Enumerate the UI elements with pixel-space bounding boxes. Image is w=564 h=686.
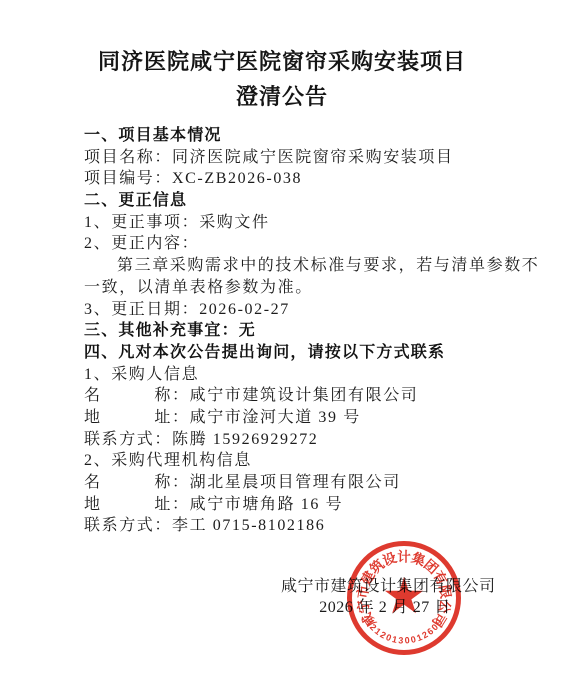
agency-contact-line: 联系方式：李工 0715-8102186 — [84, 515, 494, 537]
section-4-heading: 四、凡对本次公告提出询问，请按以下方式联系 — [84, 342, 494, 364]
document-title: 同济医院咸宁医院窗帘采购安装项目 澄清公告 — [0, 44, 564, 114]
document-body: 一、项目基本情况 项目名称：同济医院咸宁医院窗帘采购安装项目 项目编号：XC-Z… — [84, 125, 494, 537]
correction-content-label: 2、更正内容： — [84, 233, 494, 255]
signature-date: 2026 年 2 月 27 日 — [281, 597, 489, 618]
correction-content-line-1: 第三章采购需求中的技术标准与要求，若与清单参数不 — [84, 255, 494, 277]
signature-block: 咸宁市建筑设计集团有限公司 2026 年 2 月 27 日 — [281, 576, 489, 618]
correction-content-line-2: 一致，以清单表格参数为准。 — [84, 277, 494, 299]
agency-name-line: 名 称：湖北星晨项目管理有限公司 — [84, 472, 494, 494]
signature-company: 咸宁市建筑设计集团有限公司 — [281, 576, 489, 597]
title-line-1: 同济医院咸宁医院窗帘采购安装项目 — [0, 44, 564, 79]
purchaser-info-label: 1、采购人信息 — [84, 364, 494, 386]
announcement-page: 同济医院咸宁医院窗帘采购安装项目 澄清公告 一、项目基本情况 项目名称：同济医院… — [0, 0, 564, 686]
purchaser-address-line: 地 址：咸宁市淦河大道 39 号 — [84, 407, 494, 429]
agency-address-line: 地 址：咸宁市塘角路 16 号 — [84, 494, 494, 516]
correction-date-line: 3、更正日期：2026-02-27 — [84, 299, 494, 321]
correction-item-line: 1、更正事项：采购文件 — [84, 212, 494, 234]
agency-info-label: 2、采购代理机构信息 — [84, 450, 494, 472]
section-2-heading: 二、更正信息 — [84, 190, 494, 212]
project-name-line: 项目名称：同济医院咸宁医院窗帘采购安装项目 — [84, 147, 494, 169]
purchaser-contact-line: 联系方式：陈腾 15926929272 — [84, 429, 494, 451]
title-line-2: 澄清公告 — [0, 79, 564, 114]
section-1-heading: 一、项目基本情况 — [84, 125, 494, 147]
section-3-heading: 三、其他补充事宜：无 — [84, 320, 494, 342]
purchaser-name-line: 名 称：咸宁市建筑设计集团有限公司 — [84, 385, 494, 407]
project-number-line: 项目编号：XC-ZB2026-038 — [84, 168, 494, 190]
